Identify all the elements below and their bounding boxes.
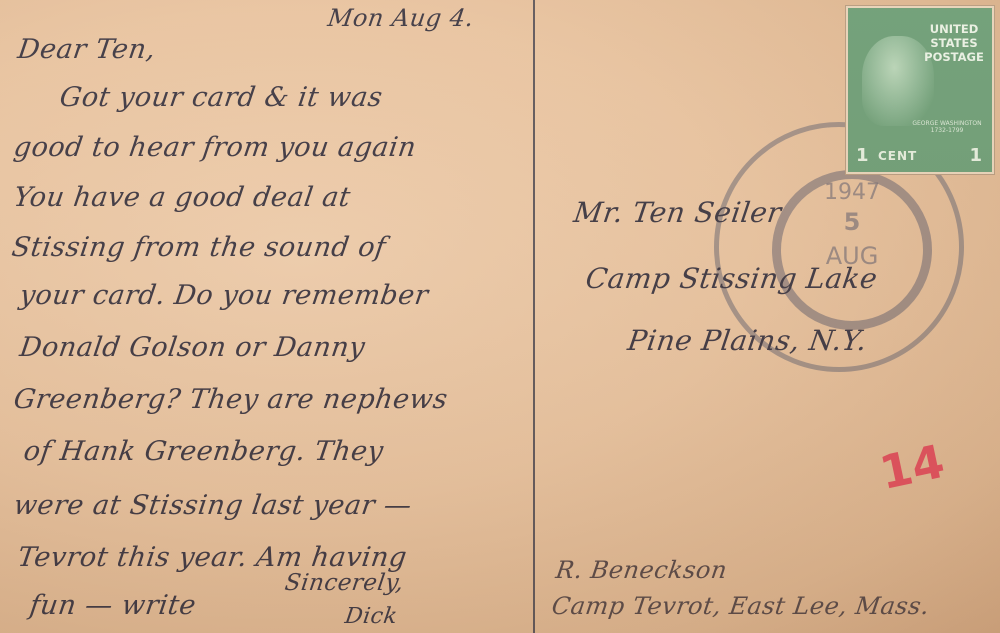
recipient-address-line-2: Pine Plains, N.Y. — [626, 324, 869, 357]
message-line-3: You have a good deal at — [12, 182, 353, 213]
message-line-9: were at Stissing last year — — [12, 490, 414, 521]
message-line-5: your card. Do you remember — [18, 280, 431, 311]
stamp-denomination-right: 1 — [969, 145, 982, 166]
stamp-denomination-left: 1 — [856, 145, 869, 166]
message-line-8: of Hank Greenberg. They — [22, 436, 386, 467]
red-pencil-mark: 14 — [875, 434, 949, 500]
recipient-name: Mr. Ten Seiler — [572, 196, 784, 229]
message-closing: Sincerely, — [283, 570, 405, 596]
postmark-day: 5 — [812, 208, 892, 236]
message-date: Mon Aug 4. — [326, 4, 476, 32]
message-line-10: Tevrot this year. Am having — [16, 542, 409, 573]
stamp-denomination-text: CENT — [878, 149, 917, 163]
message-line-2: good to hear from you again — [12, 132, 418, 163]
recipient-address-line-1: Camp Stissing Lake — [584, 262, 880, 295]
postcard-back: Mon Aug 4. Dear Ten, Got your card & it … — [0, 0, 1000, 633]
message-line-7: Greenberg? They are nephews — [12, 384, 450, 415]
stamp-subject: GEORGE WASHINGTON 1732-1799 — [912, 120, 982, 134]
message-line-11: fun — write — [28, 590, 198, 621]
message-line-1: Got your card & it was — [58, 82, 385, 113]
stamp-header: UNITED STATES POSTAGE — [924, 22, 984, 64]
postage-stamp: UNITED STATES POSTAGE GEORGE WASHINGTON … — [846, 6, 994, 174]
message-line-4: Stissing from the sound of — [10, 232, 388, 263]
message-line-6: Donald Golson or Danny — [18, 332, 367, 363]
return-address-line-1: Camp Tevrot, East Lee, Mass. — [550, 592, 931, 620]
message-salutation: Dear Ten, — [16, 34, 158, 65]
return-address-name: R. Beneckson — [554, 556, 729, 584]
message-signature: Dick — [343, 604, 399, 629]
postmark-year: 1947 — [812, 180, 892, 205]
center-divider-line — [533, 0, 535, 633]
